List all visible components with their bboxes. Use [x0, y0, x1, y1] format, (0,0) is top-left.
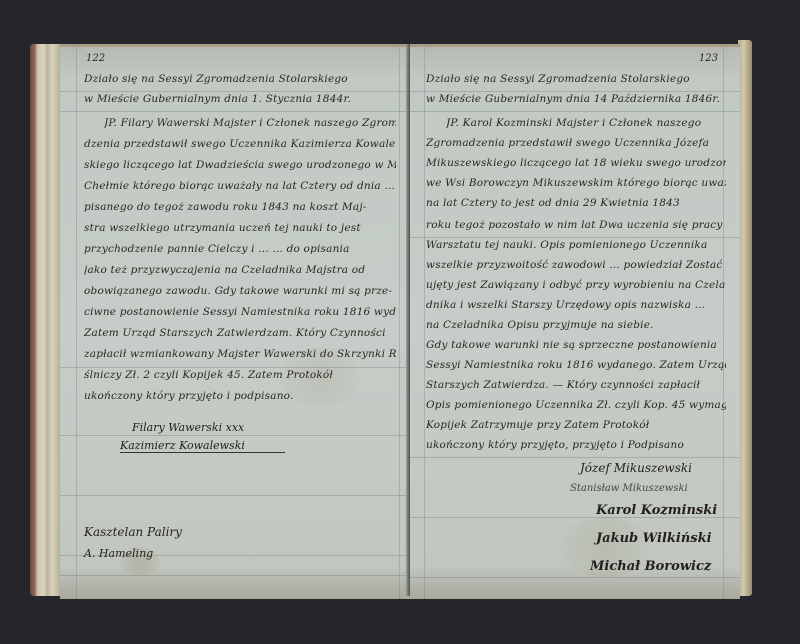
entry-text-line: Starszych Zatwierdza. — Który czynności … [426, 379, 726, 399]
page-number: 123 [699, 53, 718, 64]
entry-text-line: Zgromadzenia przedstawił swego Uczennika… [426, 137, 726, 157]
signature: Michał Borowicz [590, 559, 711, 574]
signature: Filary Wawerski xxx [132, 421, 244, 434]
entry-heading-line: w Mieście Gubernialnym dnia 14 Październ… [426, 93, 726, 113]
entry-text-line: Kopijek Zatrzymuje przy Zatem Protokół [426, 419, 726, 439]
entry-text-line: skiego liczącego lat Dwadzieścia swego u… [84, 159, 396, 179]
entry-text-line: Zatem Urząd Starszych Zatwierdzam. Który… [84, 327, 396, 347]
entry-heading-line: Działo się na Sessyi Zgromadzenia Stolar… [84, 73, 396, 93]
entry-text-line: roku tegoż pozostało w nim lat Dwa uczen… [426, 219, 726, 239]
signature: Stanisław Mikuszewski [570, 483, 688, 494]
entry-text-line: Mikuszewskiego liczącego lat 18 wieku sw… [426, 157, 726, 177]
official-signature: A. Hameling [84, 547, 153, 560]
entry-text-line: JP. Filary Wawerski Majster i Członek na… [104, 117, 396, 137]
entry-text-line: ciwne postanowienie Sessyi Namiestnika r… [84, 306, 396, 326]
page-number: 122 [86, 53, 105, 64]
book-page-edges-right [738, 40, 752, 596]
right-page: 123 Działo się na Sessyi Zgromadzenia St… [410, 44, 740, 599]
open-ledger-book: 122 Działo się na Sessyi Zgromadzenia St… [30, 36, 752, 604]
signature: Józef Mikuszewski [580, 461, 692, 475]
entry-text-line: ukończony który przyjęto, przyjęto i Pod… [426, 439, 726, 459]
entry-text-line: Opis pomienionego Uczennika Zł. czyli Ko… [426, 399, 726, 419]
entry-text-line: Sessyi Namiestnika roku 1816 wydanego. Z… [426, 359, 726, 379]
entry-text-line: Gdy takowe warunki nie są sprzeczne post… [426, 339, 726, 359]
entry-text-line: zapłacił wzmiankowany Majster Wawerski d… [84, 348, 396, 368]
entry-text-line: na Czeladnika Opisu przyjmuje na siebie. [426, 319, 726, 339]
entry-text-line: dnika i wszelki Starszy Urzędowy opis na… [426, 299, 726, 319]
entry-text-line: pisanego do tegoż zawodu roku 1843 na ko… [84, 201, 396, 221]
entry-heading-line: Działo się na Sessyi Zgromadzenia Stolar… [426, 73, 726, 93]
entry-text-line: ujęty jest Zawiązany i odbyć przy wyrobi… [426, 279, 726, 299]
entry-text-line: obowiązanego zawodu. Gdy takowe warunki … [84, 285, 396, 305]
signature: Karol Kozminski [596, 503, 717, 518]
entry-text-line: ukończony który przyjęto i podpisano. [84, 390, 396, 410]
entry-text-line: stra wszelkiego utrzymania uczeń tej nau… [84, 222, 396, 242]
entry-text-line: wszelkie przyzwoitość zawodowi ... powie… [426, 259, 726, 279]
entry-text-line: we Wsi Borowczyn Mikuszewskim którego bi… [426, 177, 726, 197]
entry-heading-line: w Mieście Gubernialnym dnia 1. Stycznia … [84, 93, 396, 113]
entry-text-line: na lat Cztery to jest od dnia 29 Kwietni… [426, 197, 726, 217]
official-signature: Kasztelan Paliry [84, 525, 182, 539]
entry-text-line: JP. Karol Kozminski Majster i Członek na… [446, 117, 726, 137]
entry-text-line: przychodzenie pannie Cielczy i ... ... d… [84, 243, 396, 263]
entry-text-line: dzenia przedstawił swego Uczennika Kazim… [84, 138, 396, 158]
entry-text-line: jako też przyzwyczajenia na Czeladnika M… [84, 264, 396, 284]
left-page: 122 Działo się na Sessyi Zgromadzenia St… [60, 44, 410, 599]
entry-text-line: Warsztatu tej nauki. Opis pomienionego U… [426, 239, 726, 259]
entry-text-line: Chełmie którego biorąc uważały na lat Cz… [84, 180, 396, 200]
book-page-edges-left [30, 44, 64, 596]
signature: Jakub Wilkiński [596, 531, 712, 546]
entry-text-line: ślniczy Zł. 2 czyli Kopijek 45. Zatem Pr… [84, 369, 396, 389]
signature: Kazimierz Kowalewski [120, 439, 285, 453]
